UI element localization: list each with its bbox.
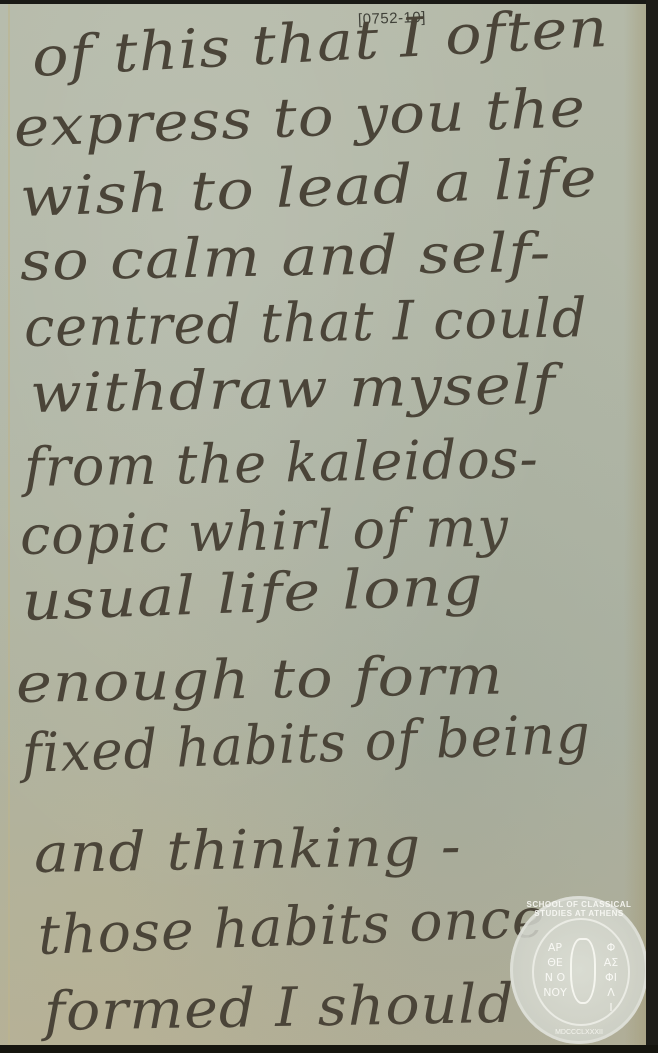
handwritten-line-4: so calm and self- <box>19 221 551 293</box>
handwritten-line-6: withdraw myself <box>29 353 556 425</box>
seal-ring-text: SCHOOL OF CLASSICAL STUDIES AT ATHENS <box>510 900 646 918</box>
seal-left-letters: ΑΡ ΘΕ Ν Ο ΝΟΥ <box>540 940 570 1000</box>
seal-letter: ΦΙ <box>596 970 626 985</box>
seal-amphora-figure-icon <box>570 938 596 1004</box>
seal-letter: ΘΕ <box>540 955 570 970</box>
embossed-seal: SCHOOL OF CLASSICAL STUDIES AT ATHENS ΑΡ… <box>510 896 646 1044</box>
seal-bottom-text: MDCCCLXXXII <box>510 1029 646 1036</box>
scan-border-bottom <box>0 1045 658 1053</box>
handwritten-line-7: from the kaleidos- <box>23 427 539 499</box>
handwritten-line-11: fixed habits of being <box>21 702 592 785</box>
seal-letter: ΝΟΥ <box>540 985 570 1000</box>
handwritten-line-10: enough to form <box>15 643 504 715</box>
seal-letter: Φ <box>596 940 626 955</box>
seal-letter: ΑΡ <box>540 940 570 955</box>
seal-letter: Ι <box>596 1000 626 1015</box>
handwritten-line-3: wish to lead a life <box>19 146 599 229</box>
seal-letter: Ν Ο <box>540 970 570 985</box>
handwritten-line-5: centred that I could <box>23 286 588 359</box>
seal-right-letters: Φ ΑΣ ΦΙ Λ Ι <box>596 940 626 1015</box>
handwritten-line-12: and thinking - <box>33 815 462 885</box>
handwritten-line-2: express to you the <box>13 76 587 159</box>
handwritten-line-14: formed I should <box>43 972 515 1043</box>
handwritten-line-13: those habits once <box>37 886 547 967</box>
seal-letter: Λ <box>596 985 626 1000</box>
scan-border-right <box>646 0 658 1053</box>
handwritten-line-1: of this that I often <box>30 4 610 89</box>
seal-letter: ΑΣ <box>596 955 626 970</box>
letter-page: [0752-10] of this that I often express t… <box>0 4 646 1046</box>
